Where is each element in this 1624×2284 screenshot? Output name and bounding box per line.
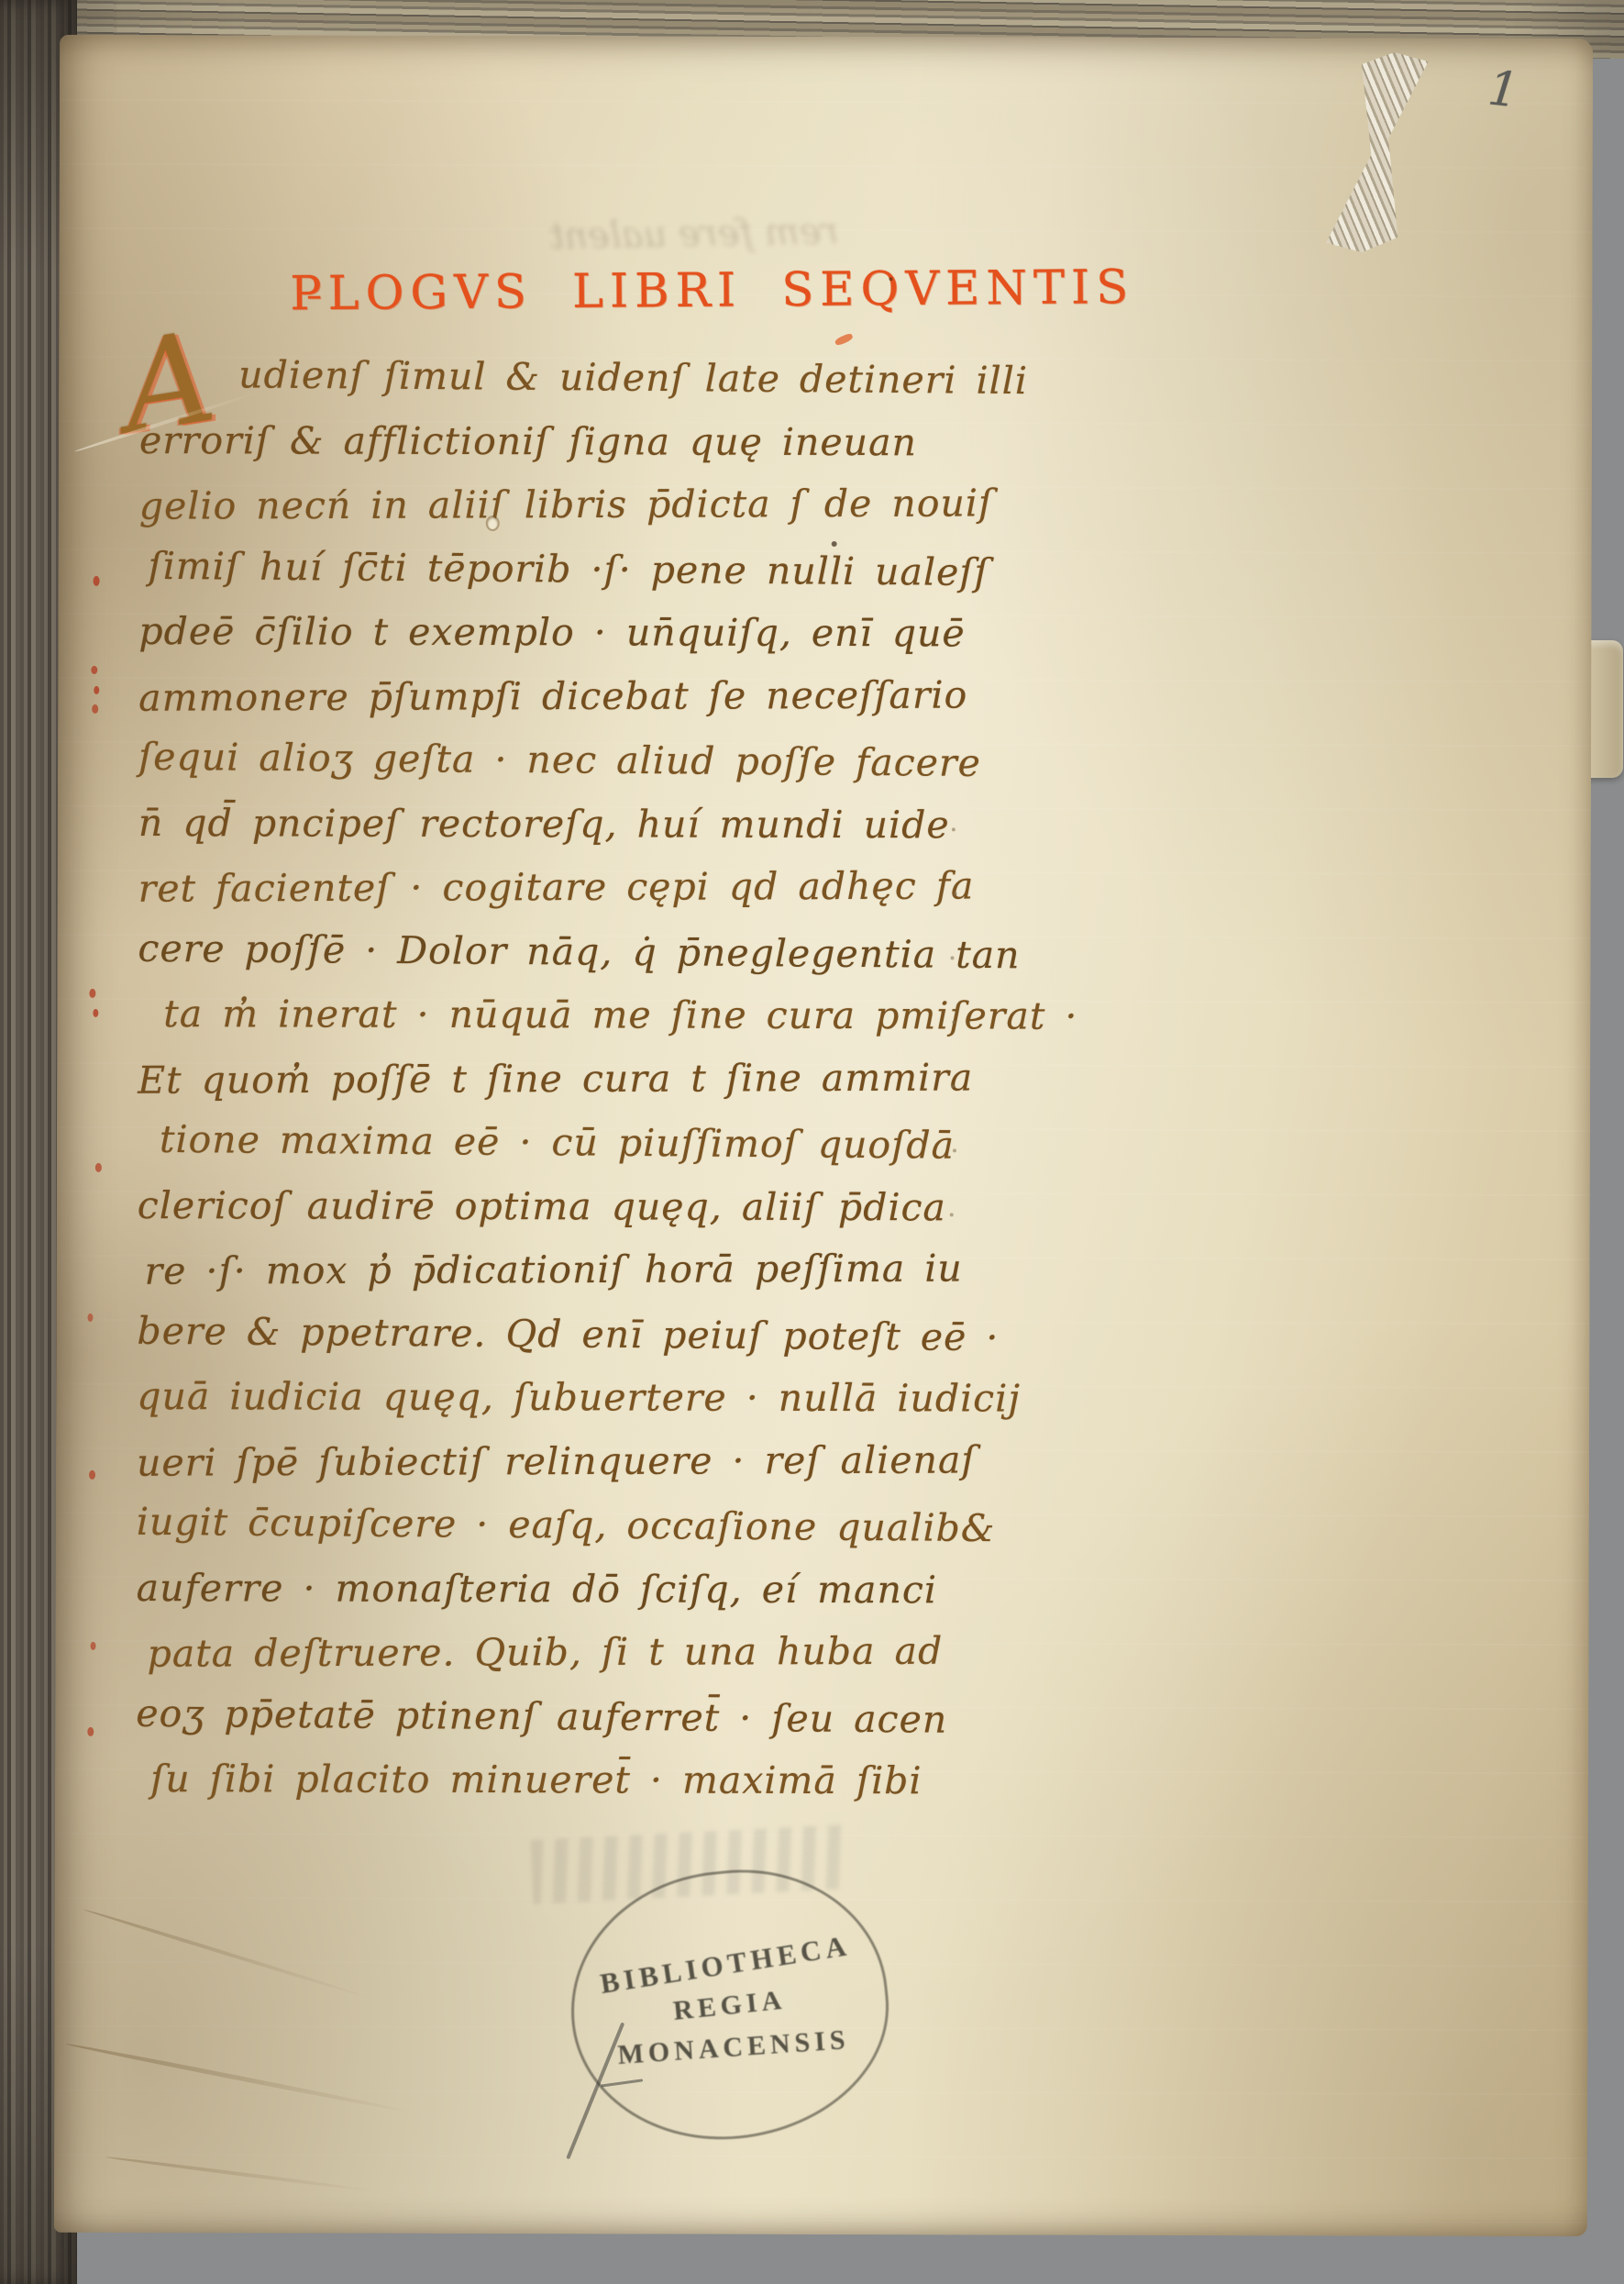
folio-number: 1 xyxy=(1486,61,1521,118)
pricking-dot xyxy=(951,1084,955,1088)
stamp-line-3: MONACENSIS xyxy=(617,2024,851,2071)
manuscript-line: ta m̓ inerat · nūquā me ſine cura pmiſer… xyxy=(163,982,935,1048)
manuscript-line: gelio necń in aliiſ libris p̄dicta ſ de … xyxy=(139,472,937,539)
margin-dot xyxy=(95,1163,102,1172)
manuscript-line: ſimiſ huí ſc̄ti tēporib ·ſ· pene nulli u… xyxy=(148,534,937,604)
manuscript-line: eoʒ pp̄etatē ptinenſ auferret̄ · ſeu ace… xyxy=(136,1681,934,1751)
rubric-title: P̵LOGVS LIBRI SEQVENTIS xyxy=(290,261,1134,321)
manuscript-line: Et quom̓ poſſē t ſine cura t ſine ammira xyxy=(138,1046,935,1113)
margin-dot xyxy=(94,686,99,694)
margin-dot xyxy=(93,1009,98,1017)
manuscript-line: n̄ qd̄ pncipeſ rectoreſq, huí mundi uide xyxy=(138,792,936,858)
manuscript-line: tione maxima eē · cū piuſſimoſ quoſdā xyxy=(160,1108,936,1178)
manuscript-line: bere & ppetrare. Qd enī peiuſ poteſt eē … xyxy=(137,1299,935,1369)
manuscript-line: pata deſtruere. Quib, ſi t una huba ad xyxy=(147,1620,934,1686)
crease xyxy=(105,2156,379,2193)
stamp-line-2: REGIA xyxy=(672,1985,788,2027)
margin-dot xyxy=(87,1727,94,1736)
manuscript-line: pdeē c̄ſilio t exemplo · un̄quiſq, enī q… xyxy=(138,600,936,666)
pricking-dot xyxy=(954,892,957,895)
manuscript-line: ammonere p̄ſumpſi dicebat ſe neceſſario xyxy=(138,663,936,730)
manuscript-text-block: udienſ ſimul & uidenſ late detineri illi… xyxy=(136,345,937,1813)
margin-dot xyxy=(94,576,100,586)
pricking-dot xyxy=(951,956,955,959)
pricking-dot xyxy=(952,1020,956,1024)
manuscript-line: udienſ ſimul & uidenſ late detineri illi xyxy=(238,343,938,412)
manuscript-line: ſu ſibi placito minueret̄ · maximā ſibi xyxy=(150,1747,934,1813)
margin-dot xyxy=(91,666,97,674)
margin-dot xyxy=(89,1470,95,1480)
pricking-dot xyxy=(953,1148,956,1152)
manuscript-line: re ·ſ· mox p̓ p̄dicationiſ horā peſſima … xyxy=(144,1237,934,1304)
pricking-dot xyxy=(952,827,956,831)
manuscript-line: cere poſſē · Dolor nāq, q̇ p̄neglegentia… xyxy=(138,916,936,986)
margin-dot xyxy=(92,704,98,714)
parchment-page: rem fere ualent 1 P̵LOGVS LIBRI SEQVENTI… xyxy=(54,35,1593,2236)
manuscript-line: auferre · monaſteria dō ſciſq, eí manci xyxy=(137,1557,934,1623)
manuscript-line: iugit c̄cupiſcere · eaſq, occaſione qual… xyxy=(137,1491,935,1560)
parchment-hole xyxy=(488,517,498,529)
manuscript-line: quā iudicia quęq, ſubuertere · nullā iud… xyxy=(137,1365,934,1431)
crease xyxy=(83,1908,373,2001)
manuscript-line: ueri ſpē ſubiectiſ relinquere · reſ alie… xyxy=(137,1428,934,1495)
pricking-dot xyxy=(952,1277,956,1281)
manuscript-line: clericoſ audirē optima quęq, aliiſ p̄dic… xyxy=(138,1174,935,1240)
show-through-text: rem fere ualent xyxy=(251,210,839,263)
manuscript-line: ſequi alioʒ geſta · nec aliud poſſe face… xyxy=(138,726,937,795)
manuscript-line: ret facienteſ · cogitare cępi qd adhęc f… xyxy=(138,855,936,922)
margin-dot xyxy=(89,989,95,998)
ink-speck xyxy=(889,277,892,281)
repair-stitching xyxy=(1300,41,1453,263)
rubric-flourish xyxy=(834,332,855,347)
manuscript-line: erroriſ & afflictioniſ ſigna quę ineuan xyxy=(139,409,937,475)
pricking-dot xyxy=(950,1213,954,1216)
manuscript-photo: { "page": { "folio_number": "1", "show_t… xyxy=(0,0,1624,2284)
ink-speck xyxy=(832,541,837,547)
margin-dot xyxy=(87,1314,93,1322)
crease xyxy=(65,2042,417,2115)
margin-dot xyxy=(91,1642,96,1650)
